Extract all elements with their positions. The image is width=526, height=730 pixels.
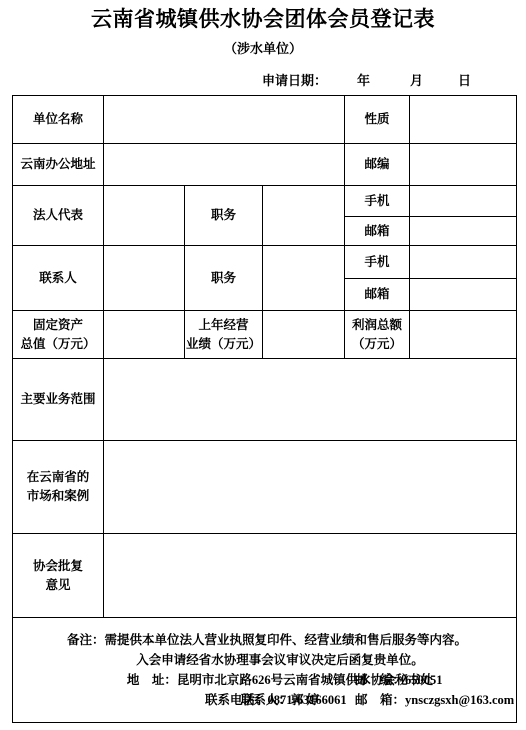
fixed-assets-label-line1: 固定资产 (13, 316, 103, 335)
table-row: 备注：需提供本单位法人营业执照复印件、经营业绩和售后服务等内容。 入会申请经省水… (13, 618, 517, 723)
remark-label: 备注： (67, 633, 105, 647)
zip-label: 邮 编： (355, 673, 405, 687)
apply-date-day-label: 日 (458, 70, 471, 89)
tel-value: 0871-63166061 (268, 693, 347, 707)
registration-form-page: 云南省城镇供水协会团体会员登记表 （涉水单位） 申请日期： 年 月 日 单位名称… (0, 0, 526, 730)
address-label: 地 址： (127, 673, 177, 687)
table-row: 协会批复 意见 (13, 534, 517, 618)
email-label: 邮 箱： (355, 693, 405, 707)
unit-name-label: 单位名称 (13, 96, 104, 144)
yunnan-market-label-line1: 在云南省的 (13, 468, 103, 487)
note-line-remark2: 入会申请经省水协理事会议审议决定后函复贵单位。 (13, 650, 516, 670)
contact-mobile-value-cell (410, 246, 517, 279)
table-row: 固定资产 总值（万元） 上年经营 业绩（万元） 利润总额 （万元） (13, 311, 517, 359)
total-profit-label: 利润总额 （万元） (345, 311, 410, 359)
zip-segment: 邮 编：650051 (355, 670, 443, 690)
contact-person-label: 联系人 (13, 246, 104, 311)
office-address-value-cell (104, 144, 345, 186)
note-line-address: 地 址：昆明市北京路626号云南省城镇供水协会秘书处 邮 编：650051 (13, 670, 516, 690)
nature-value-cell (410, 96, 517, 144)
last-year-performance-label-line1: 上年经营 (185, 316, 262, 335)
table-row: 主要业务范围 (13, 359, 517, 441)
fixed-assets-value-cell (104, 311, 185, 359)
registration-table: 单位名称 性质 云南办公地址 邮编 法人代表 职务 手机 邮箱 联系人 (12, 95, 517, 723)
contact-duty-label: 职务 (185, 246, 263, 311)
total-profit-value-cell (410, 311, 517, 359)
tel-label: 联系电话： (205, 693, 268, 707)
contact-email-label: 邮箱 (345, 279, 410, 311)
table-row: 单位名称 性质 (13, 96, 517, 144)
apply-date-label: 申请日期： (262, 70, 327, 89)
nature-label: 性质 (345, 96, 410, 144)
note-line-contact: 联系人：郭 婷 联系电话：0871-63166061 邮 箱：ynsczgsxh… (13, 690, 516, 710)
legal-rep-duty-value-cell (263, 186, 345, 246)
table-row: 法人代表 职务 手机 (13, 186, 517, 217)
total-profit-label-line2: （万元） (345, 335, 409, 354)
contact-duty-value-cell (263, 246, 345, 311)
postal-code-value-cell (410, 144, 517, 186)
contact-email-value-cell (410, 279, 517, 311)
table-row: 云南办公地址 邮编 (13, 144, 517, 186)
table-row: 联系人 职务 手机 (13, 246, 517, 279)
main-business-label: 主要业务范围 (13, 359, 104, 441)
page-subtitle: （涉水单位） (0, 40, 526, 57)
contact-person-value-cell (104, 246, 185, 311)
office-address-label: 云南办公地址 (13, 144, 104, 186)
legal-rep-label: 法人代表 (13, 186, 104, 246)
email-value: ynsczgsxh@163.com (405, 693, 514, 707)
apply-date-year-label: 年 (357, 70, 370, 89)
yunnan-market-value-cell (104, 441, 517, 534)
tel-segment: 联系电话：0871-63166061 (205, 690, 347, 710)
total-profit-label-line1: 利润总额 (345, 316, 409, 335)
email-segment: 邮 箱：ynsczgsxh@163.com (355, 690, 514, 710)
fixed-assets-label: 固定资产 总值（万元） (13, 311, 104, 359)
yunnan-market-label: 在云南省的 市场和案例 (13, 441, 104, 534)
association-opinion-label-line2: 意见 (13, 576, 103, 595)
table-row: 在云南省的 市场和案例 (13, 441, 517, 534)
legal-rep-mobile-label: 手机 (345, 186, 410, 217)
zip-value: 650051 (405, 673, 443, 687)
note-line-remark1: 备注：需提供本单位法人营业执照复印件、经营业绩和售后服务等内容。 (18, 630, 516, 650)
association-opinion-label-line1: 协会批复 (13, 557, 103, 576)
apply-date-month-label: 月 (410, 70, 423, 89)
contact-mobile-label: 手机 (345, 246, 410, 279)
legal-rep-mobile-value-cell (410, 186, 517, 217)
legal-rep-email-value-cell (410, 217, 517, 246)
legal-rep-value-cell (104, 186, 185, 246)
yunnan-market-label-line2: 市场和案例 (13, 487, 103, 506)
remark-text-2: 入会申请经省水协理事会议审议决定后函复贵单位。 (136, 650, 424, 670)
notes-cell: 备注：需提供本单位法人营业执照复印件、经营业绩和售后服务等内容。 入会申请经省水… (13, 618, 517, 723)
unit-name-value-cell (104, 96, 345, 144)
fixed-assets-label-line2: 总值（万元） (13, 335, 103, 354)
association-opinion-value-cell (104, 534, 517, 618)
last-year-performance-value-cell (263, 311, 345, 359)
last-year-performance-label: 上年经营 业绩（万元） (185, 311, 263, 359)
last-year-performance-label-line2: 业绩（万元） (185, 335, 262, 354)
page-title: 云南省城镇供水协会团体会员登记表 (0, 7, 526, 32)
notes-block: 备注：需提供本单位法人营业执照复印件、经营业绩和售后服务等内容。 入会申请经省水… (13, 630, 516, 710)
legal-rep-duty-label: 职务 (185, 186, 263, 246)
remark-text-1: 需提供本单位法人营业执照复印件、经营业绩和售后服务等内容。 (105, 633, 468, 647)
apply-date-line: 申请日期： 年 月 日 (0, 70, 526, 87)
legal-rep-email-label: 邮箱 (345, 217, 410, 246)
main-business-value-cell (104, 359, 517, 441)
postal-code-label: 邮编 (345, 144, 410, 186)
association-opinion-label: 协会批复 意见 (13, 534, 104, 618)
